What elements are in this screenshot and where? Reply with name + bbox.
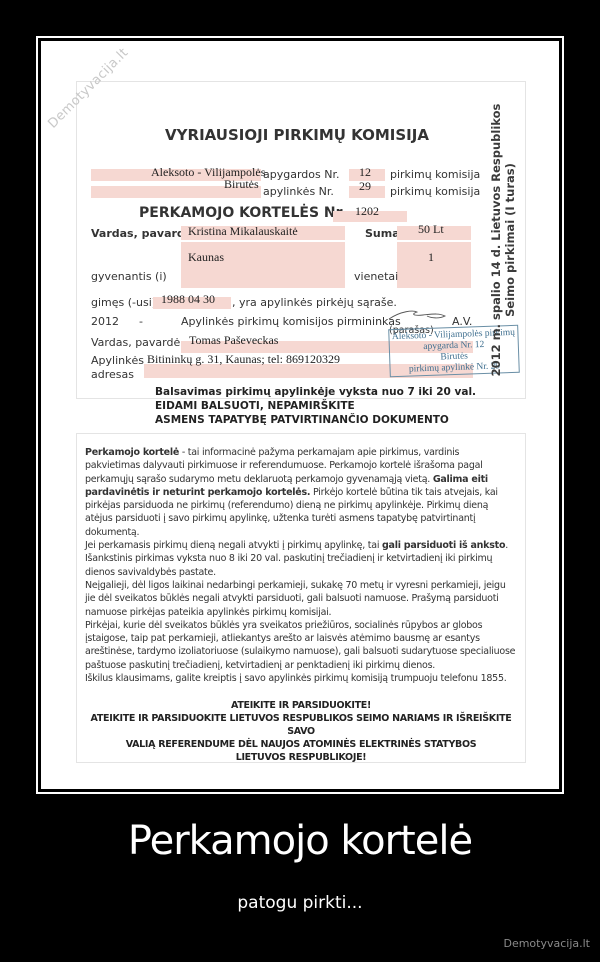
call-to-action: ATEIKITE IR PARSIDUOKITE! ATEIKITE IR PA… xyxy=(85,699,517,764)
info-paragraph: Iškilus klausimams, galite kreiptis į sa… xyxy=(85,672,517,685)
address-label-1: Apylinkės xyxy=(91,354,144,367)
poster-subcaption: patogu pirkti... xyxy=(0,893,600,913)
sum-label: Suma xyxy=(365,227,400,240)
band-line-1: 2012 m. spalio 14 d. Lietuvos Respubliko… xyxy=(489,104,503,377)
district-label: apygardos Nr. xyxy=(263,168,339,181)
cta-line: LIETUVOS RESPUBLIKOJE! xyxy=(85,751,517,764)
info-paragraph: Perkamojo kortelė - tai informacinė pažy… xyxy=(85,446,517,539)
field-divider xyxy=(181,240,345,242)
notice-id-document: ASMENS TAPATYBĘ PATVIRTINANČIO DOKUMENTO xyxy=(155,414,449,426)
voting-hours-notice: Balsavimas pirkimų apylinkėje vyksta nuo… xyxy=(155,386,476,398)
info-paragraph: Jei perkamasis pirkimų dieną negali atvy… xyxy=(85,539,517,579)
name-value: Kristina Mikalauskaitė xyxy=(188,224,298,239)
cta-line: ATEIKITE IR PARSIDUOKITE! xyxy=(85,699,517,712)
born-suffix: , yra apylinkės pirkėjų sąraše. xyxy=(232,296,397,309)
info-paragraph: Pirkėjai, kurie dėl sveikatos būklės yra… xyxy=(85,619,517,672)
info-text: Perkamojo kortelė - tai informacinė pažy… xyxy=(85,446,517,685)
residence-label: gyvenantis (i) xyxy=(91,270,167,283)
born-label: gimęs (-usi) xyxy=(91,296,156,309)
signature-icon xyxy=(387,307,451,323)
form-title: VYRIAUSIOJI PIRKIMŲ KOMISIJA xyxy=(77,126,517,144)
units-value: 1 xyxy=(428,250,434,265)
chair-name-value: Tomas Paševeckas xyxy=(189,333,278,348)
sum-value: 50 Lt xyxy=(418,222,444,237)
precinct-suffix: pirkimų komisija xyxy=(390,185,480,198)
cta-line: ATEIKITE IR PARSIDUOKITE LIETUVOS RESPUB… xyxy=(85,712,517,738)
poster-caption: Perkamojo kortelė xyxy=(0,818,600,864)
cta-line: VALIĄ REFERENDUME DĖL NAUJOS ATOMINĖS EL… xyxy=(85,738,517,751)
chair-name-label: Vardas, pavardė xyxy=(91,336,180,349)
info-card: Perkamojo kortelė - tai informacinė pažy… xyxy=(76,433,526,763)
precinct-number: 29 xyxy=(359,179,371,194)
residence-value: Kaunas xyxy=(188,250,224,265)
year-dash: - xyxy=(139,315,143,328)
year-label: 2012 xyxy=(91,315,119,328)
card-number-label: PERKAMOJO KORTELĖS Nr. xyxy=(139,205,346,221)
card-number: 1202 xyxy=(355,204,379,219)
district-suffix: pirkimų komisija xyxy=(390,168,480,181)
district-number: 12 xyxy=(359,165,371,180)
precinct-value: Birutės xyxy=(224,177,259,192)
units-label: vienetai xyxy=(354,270,398,283)
band-line-2: Seimo pirkimai (I turas) xyxy=(503,104,517,377)
notice-reminder: EIDAMI BALSUOTI, NEPAMIRŠKITE xyxy=(155,400,355,412)
chairman-label: Apylinkės pirkimų komisijos pirmininkas xyxy=(181,315,401,328)
poster-image: VYRIAUSIOJI PIRKIMŲ KOMISIJA Aleksoto - … xyxy=(40,40,560,790)
address-label-2: adresas xyxy=(91,368,134,381)
born-value: 1988 04 30 xyxy=(161,292,215,307)
info-paragraph: Neįgalieji, dėl ligos laikinai nedarbing… xyxy=(85,579,517,619)
site-logo[interactable]: Demotyvacija.lt xyxy=(503,937,590,950)
precinct-label: apylinkės Nr. xyxy=(263,185,334,198)
voter-card: VYRIAUSIOJI PIRKIMŲ KOMISIJA Aleksoto - … xyxy=(76,81,526,399)
name-label: Vardas, pavardė xyxy=(91,227,192,240)
election-date-band: 2012 m. spalio 14 d. Lietuvos Respubliko… xyxy=(489,104,517,377)
field-divider xyxy=(397,240,471,242)
address-value: Bitininkų g. 31, Kaunas; tel: 869120329 xyxy=(147,352,340,367)
